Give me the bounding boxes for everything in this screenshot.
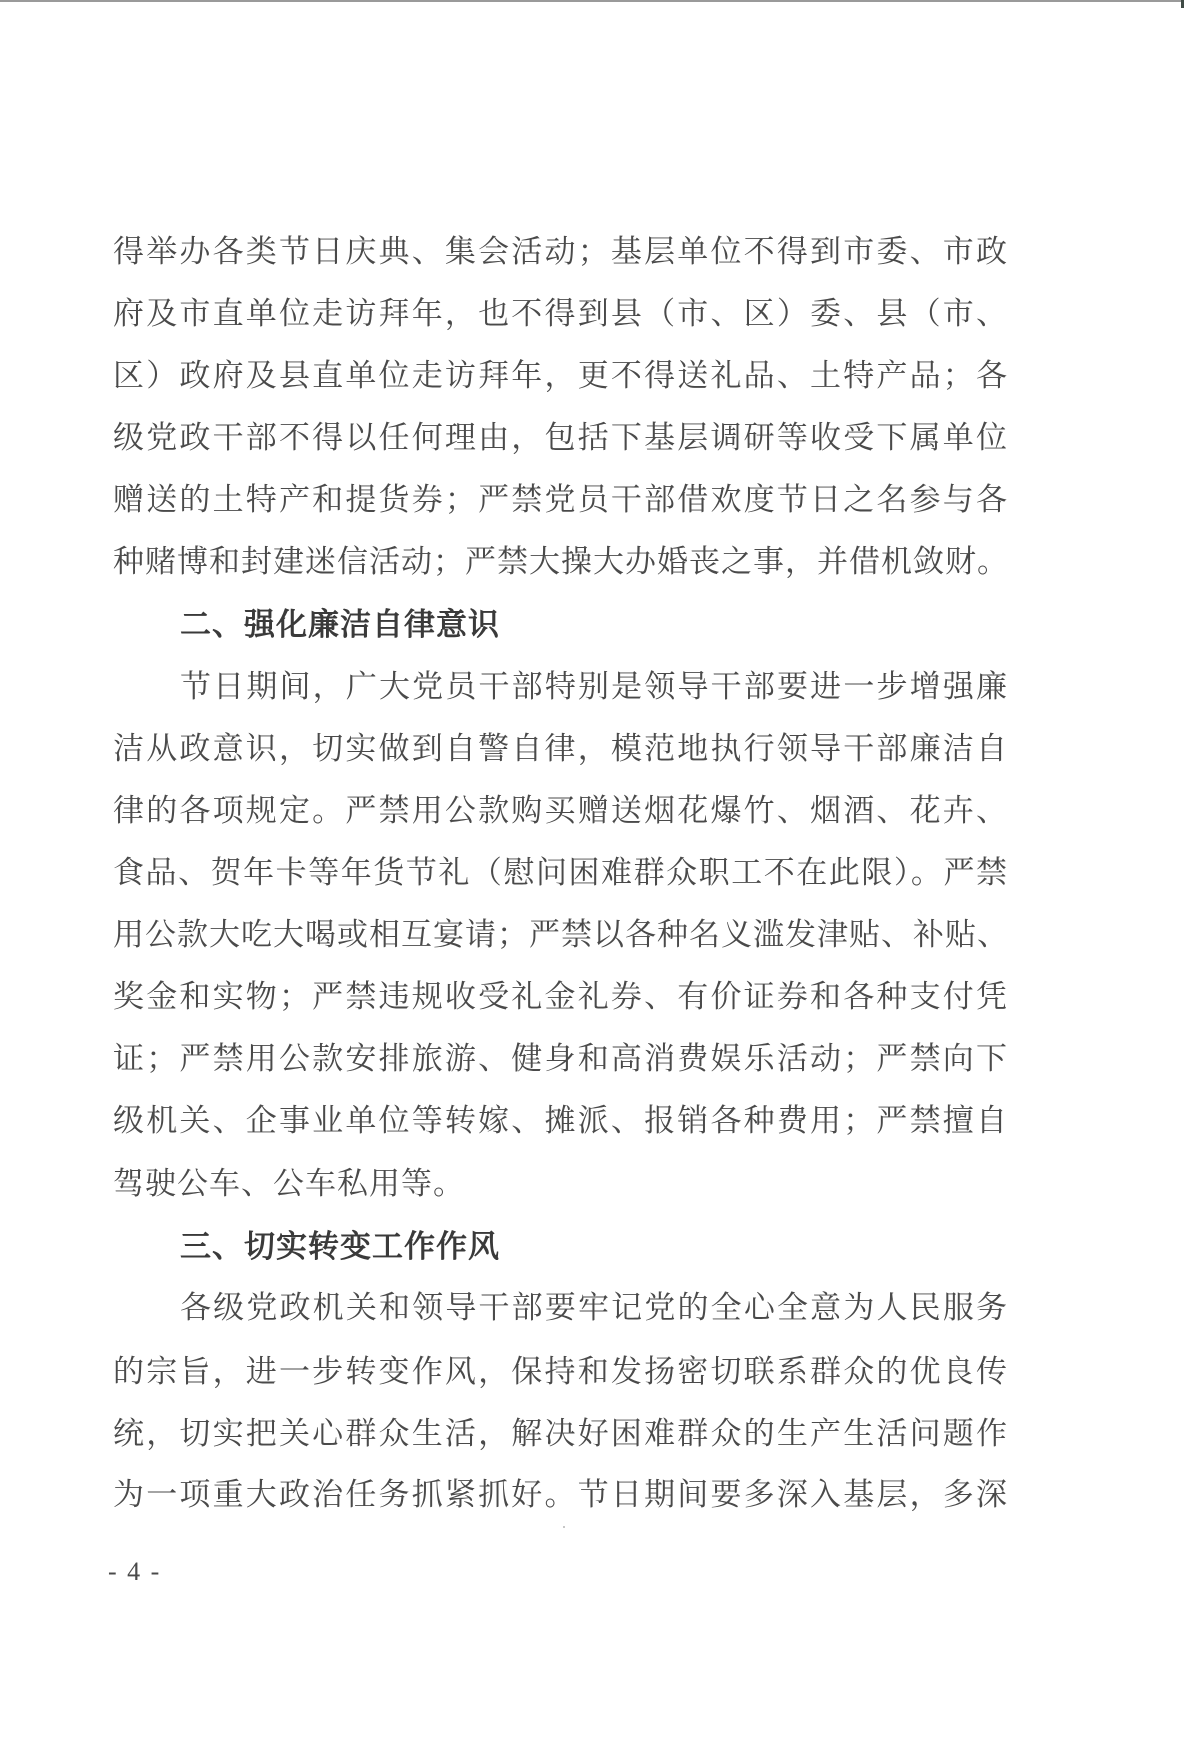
body-line: 的宗旨，进一步转变作风，保持和发扬密切联系群众的优良传 bbox=[113, 1352, 1008, 1392]
body-line: 统，切实把关心群众生活，解决好困难群众的生产生活问题作 bbox=[113, 1414, 1008, 1454]
body-line: 府及市直单位走访拜年，也不得到县（市、区）委、县（市、 bbox=[113, 294, 1008, 334]
body-line: 区）政府及县直单位走访拜年，更不得送礼品、土特产品；各 bbox=[113, 356, 1008, 396]
body-line: 证；严禁用公款安排旅游、健身和高消费娱乐活动；严禁向下 bbox=[113, 1039, 1008, 1079]
section-heading-3: 三、切实转变工作作风 bbox=[180, 1227, 500, 1267]
body-line: 洁从政意识，切实做到自警自律，模范地执行领导干部廉洁自 bbox=[113, 729, 1008, 769]
section-heading-2: 二、强化廉洁自律意识 bbox=[180, 605, 500, 645]
body-line: 食品、贺年卡等年货节礼（慰问困难群众职工不在此限）。严禁 bbox=[113, 853, 1008, 893]
body-line: 种赌博和封建迷信活动；严禁大操大办婚丧之事，并借机敛财。 bbox=[113, 542, 1008, 582]
body-line: 为一项重大政治任务抓紧抓好。节日期间要多深入基层，多深 bbox=[113, 1475, 1008, 1515]
page-number: - 4 - bbox=[108, 1556, 161, 1588]
paragraph-last-line: 驾驶公车、公车私用等。 bbox=[113, 1164, 1008, 1204]
body-line: 赠送的土特产和提货券；严禁党员干部借欢度节日之名参与各 bbox=[113, 480, 1008, 520]
scan-speck bbox=[563, 1526, 565, 1528]
body-line: 奖金和实物；严禁违规收受礼金礼券、有价证券和各种支付凭 bbox=[113, 977, 1008, 1017]
paragraph-first-line: 各级党政机关和领导干部要牢记党的全心全意为人民服务 bbox=[180, 1288, 1008, 1328]
body-line: 律的各项规定。严禁用公款购买赠送烟花爆竹、烟酒、花卉、 bbox=[113, 791, 1008, 831]
body-line: 级机关、企事业单位等转嫁、摊派、报销各种费用；严禁擅自 bbox=[113, 1101, 1008, 1141]
body-line: 得举办各类节日庆典、集会活动；基层单位不得到市委、市政 bbox=[113, 232, 1008, 272]
body-line: 级党政干部不得以任何理由，包括下基层调研等收受下属单位 bbox=[113, 418, 1008, 458]
document-page: 得举办各类节日庆典、集会活动；基层单位不得到市委、市政 府及市直单位走访拜年，也… bbox=[0, 0, 1184, 1755]
body-line: 用公款大吃大喝或相互宴请；严禁以各种名义滥发津贴、补贴、 bbox=[113, 915, 1008, 955]
paragraph-first-line: 节日期间，广大党员干部特别是领导干部要进一步增强廉 bbox=[180, 667, 1008, 707]
